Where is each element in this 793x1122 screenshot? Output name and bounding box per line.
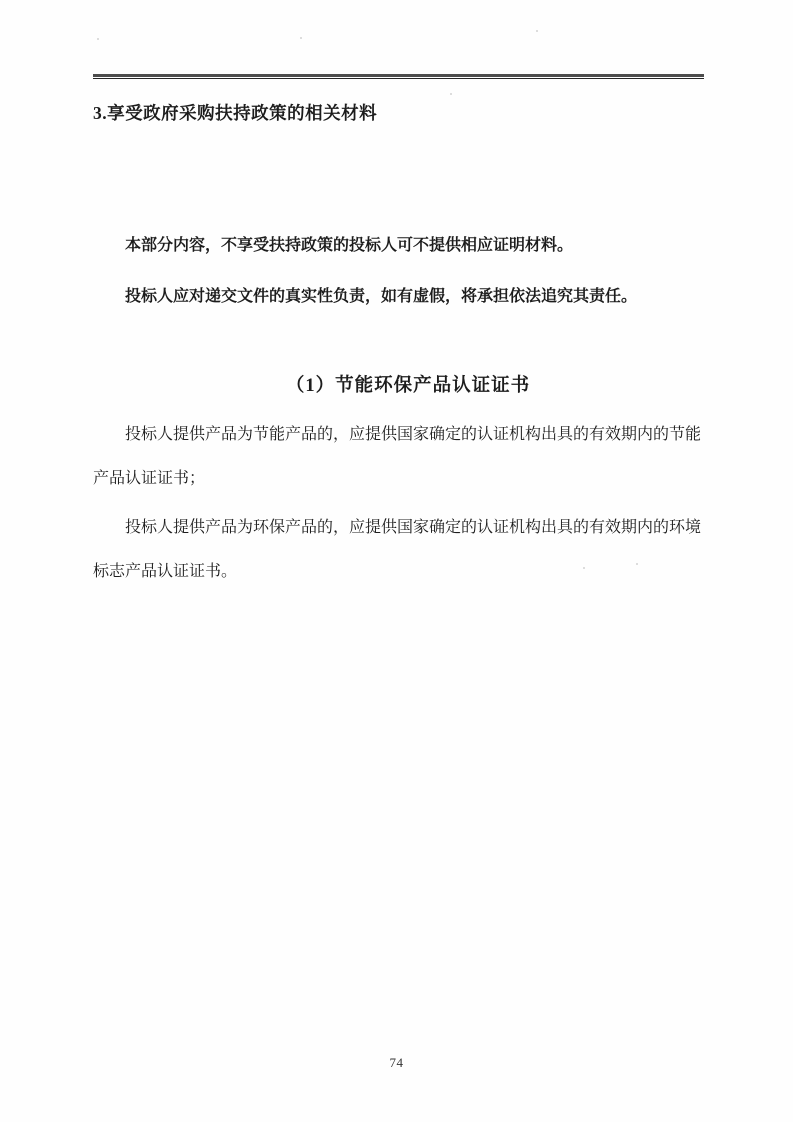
note-paragraph-1: 本部分内容，不享受扶持政策的投标人可不提供相应证明材料。: [93, 236, 705, 255]
body-paragraph-1-line-1: 投标人提供产品为节能产品的，应提供国家确定的认证机构出具的有效期内的节能: [93, 425, 705, 444]
scan-speck: [300, 37, 302, 39]
scan-speck: [450, 93, 452, 95]
subsection-heading: （1）节能环保产品认证证书: [93, 371, 723, 397]
body-paragraph-1-line-2: 产品认证证书；: [93, 469, 705, 488]
header-rule: [93, 74, 704, 79]
scan-speck: [636, 563, 638, 565]
scan-speck: [97, 38, 99, 40]
note-paragraph-2: 投标人应对递交文件的真实性负责，如有虚假，将承担依法追究其责任。: [93, 287, 705, 306]
scan-speck: [583, 567, 585, 569]
document-page: 3.享受政府采购扶持政策的相关材料 本部分内容，不享受扶持政策的投标人可不提供相…: [0, 0, 793, 1122]
body-paragraph-2-line-1: 投标人提供产品为环保产品的，应提供国家确定的认证机构出具的有效期内的环境: [93, 518, 705, 537]
section-heading: 3.享受政府采购扶持政策的相关材料: [93, 100, 377, 125]
body-paragraph-2-line-2: 标志产品认证证书。: [93, 562, 705, 581]
page-number: 74: [0, 1055, 793, 1071]
scan-speck: [536, 30, 538, 32]
